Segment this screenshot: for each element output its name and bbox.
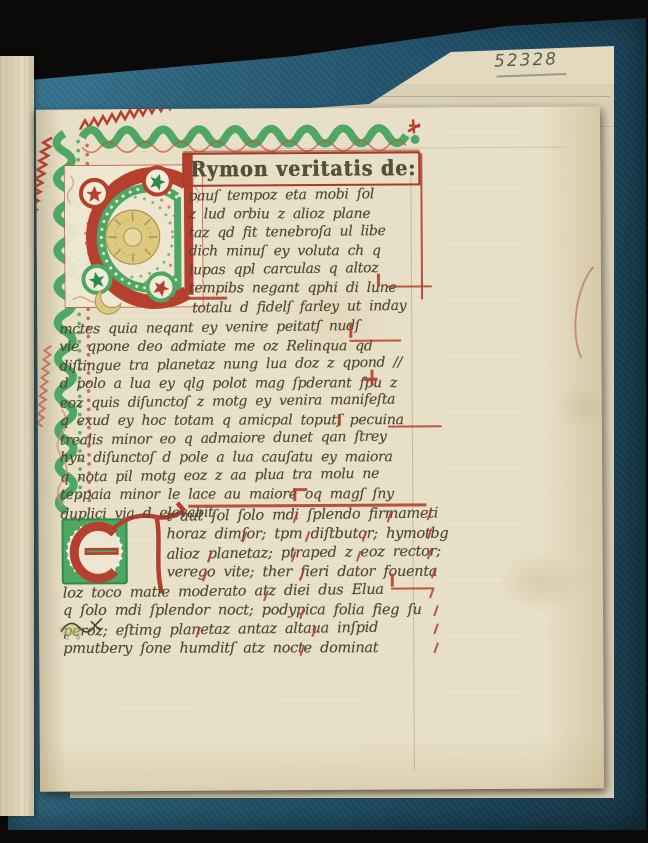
text-block-2-full-width: loz toco matie moderato atz diei dus Elu… [63, 581, 422, 659]
top-border-decoration [80, 107, 421, 152]
manuscript-text-line: t aut ſol ſolo mdi ſplendo firmameti [166, 504, 448, 526]
sun-icon [106, 210, 160, 264]
star-roundel-top-right [144, 167, 171, 194]
manuscript-text-line: z lud orbiu z alioz plane [189, 204, 396, 223]
text-block-1-continuation: totalu d fidelſ farley ut inday [192, 297, 406, 317]
star-roundel-top-left [81, 180, 108, 207]
red-mark [433, 642, 439, 653]
red-mark [388, 425, 442, 427]
red-mark [391, 587, 433, 589]
manuscript-page: Rymon veritatis de: pauſ tempoz eta mobi… [36, 106, 604, 791]
red-mark [169, 297, 227, 300]
manuscript-text-line: totalu d fidelſ farley ut inday [192, 297, 406, 318]
red-mark [433, 623, 439, 634]
facing-page-edge [0, 56, 34, 816]
manuscript-text-line: pauſ tempoz eta mobi ſol [188, 185, 396, 206]
manuscript-text-line: dich minuſ ey voluta ch q [189, 242, 396, 261]
red-mark [433, 605, 439, 616]
shelfmark-number: 52328 [494, 48, 585, 71]
red-mark [377, 274, 380, 287]
manuscript-text-line: diſtingue tra planetaz nung lua doz z qp… [59, 353, 403, 376]
rubric-text: Rymon veritatis de: [190, 156, 416, 182]
manuscript-text-line: eoz quis diſunctoſ z motg ey venira mani… [60, 390, 404, 413]
text-block-1-full-width: mctes quia neqant ey venire peitatſ nudſ… [59, 317, 404, 523]
manuscript-text-line: tempibs negant qphi di lune [189, 279, 396, 298]
red-mark [349, 324, 352, 338]
manuscript-text-line: pmutbery ſone humditſ atz nocte dominat [63, 639, 422, 659]
manuscript-text-line: lupas qpl carculas q altoz [189, 259, 397, 280]
smudge-squiggle [57, 611, 113, 647]
marginal-note: 2 8 [65, 633, 82, 641]
red-mark [338, 414, 341, 426]
leaf-edge-line [370, 96, 610, 97]
manuscript-photograph: 52328 [0, 0, 648, 843]
red-mark [391, 574, 394, 587]
rubric-heading: Rymon veritatis de: [182, 151, 420, 186]
manuscript-text-line: trealis minor eo q admaiore dunet qan ſt… [60, 427, 404, 450]
red-mark [293, 488, 307, 491]
text-block-1-beside-initial: pauſ tempoz eta mobi ſolz lud orbiu z al… [188, 186, 396, 299]
manuscript-text-line: taz qd fit tenebroſa ul libe [189, 222, 397, 243]
star-roundel-bottom-left [83, 266, 110, 293]
text-block-2-beside-initial: t aut ſol ſolo mdi ſplendo firmametihora… [166, 505, 448, 583]
red-mark [364, 378, 378, 381]
red-mark [386, 285, 432, 287]
marginal-smudge: 2 8 [57, 611, 113, 647]
finial-cross-icon [408, 119, 420, 144]
manuscript-text-line: q nota pil motg eoz z aa plua tra molu n… [60, 464, 404, 487]
red-mark [349, 340, 401, 342]
